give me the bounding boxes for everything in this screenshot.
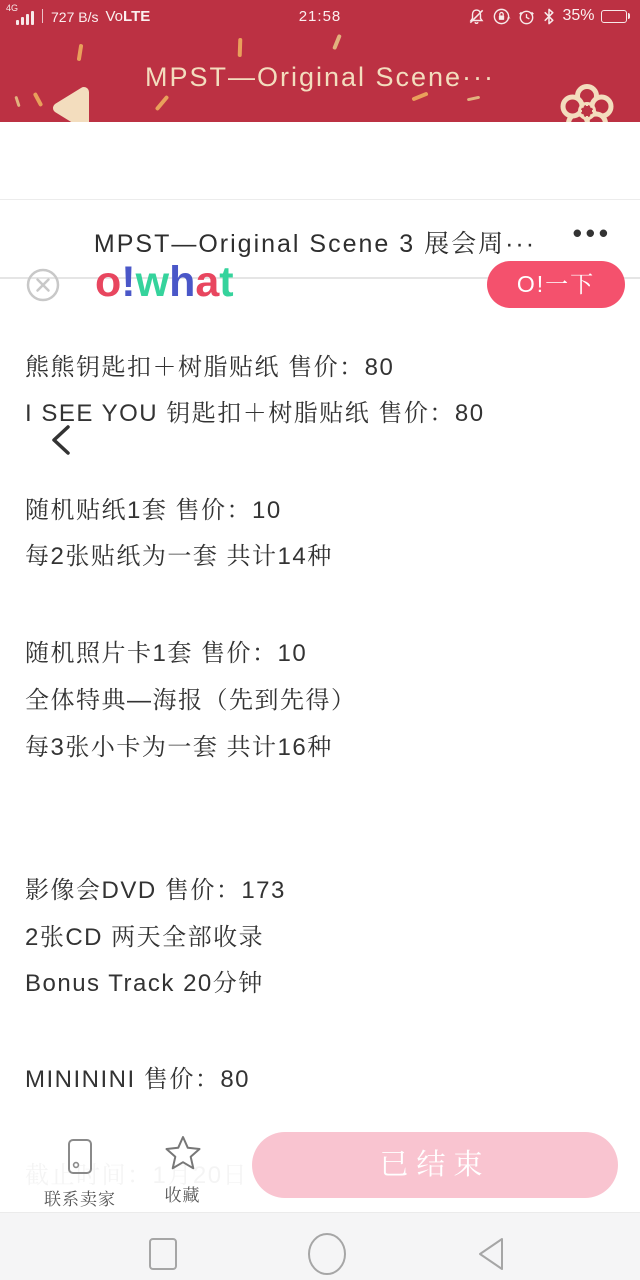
more-menu-icon[interactable]: •••	[573, 218, 612, 249]
ended-status-button[interactable]: 已结束	[252, 1132, 618, 1198]
product-info-line: 熊熊钥匙扣＋树脂贴纸 售价：80	[25, 347, 394, 382]
flower-icon[interactable]	[556, 80, 618, 122]
android-nav-bar	[0, 1212, 640, 1280]
product-info-line: 随机贴纸1套 售价：10	[25, 490, 282, 525]
bluetooth-icon	[542, 7, 556, 26]
back-chevron-icon[interactable]	[46, 422, 76, 458]
confetti-speck	[238, 38, 243, 57]
app-header: MPST—Original Scene···	[0, 32, 640, 122]
owhat-banner: o!what O!一下	[0, 122, 640, 200]
phone-screen: 4G 727 B/s VoLTE 21:58	[0, 0, 640, 1280]
logo-letter: w	[136, 258, 169, 307]
confetti-speck	[14, 96, 20, 107]
contact-seller-label: 联系卖家	[30, 1185, 130, 1210]
product-info-line: 随机照片卡1套 售价：10	[25, 633, 307, 668]
bottom-action-bar: 联系卖家 收藏 已结束	[0, 1130, 640, 1212]
owhat-logo: o!what	[95, 258, 234, 307]
home-button[interactable]	[305, 1231, 349, 1277]
product-info-line: MINININI 售价：80	[25, 1059, 250, 1094]
confetti-speck	[77, 44, 84, 61]
product-info-line: Bonus Track 20分钟	[25, 963, 264, 998]
rotation-lock-icon	[492, 7, 511, 26]
product-info-line: 影像会DVD 售价：173	[25, 870, 286, 905]
recents-button[interactable]	[148, 1237, 178, 1271]
product-info-line: 2张CD 两天全部收录	[25, 917, 264, 952]
contact-seller-button[interactable]: 联系卖家	[30, 1138, 130, 1210]
android-back-button[interactable]	[474, 1235, 508, 1273]
product-info-line: 全体特典—海报（先到先得）	[25, 680, 357, 715]
logo-letter: !	[121, 258, 135, 307]
page-title: MPST—Original Scene 3 展会周···	[90, 224, 540, 260]
battery-icon	[601, 10, 631, 23]
favorite-label: 收藏	[145, 1181, 220, 1206]
status-right: 35%	[467, 7, 630, 26]
confetti-speck	[467, 96, 480, 102]
alarm-clock-icon	[517, 7, 536, 26]
product-info-line: I SEE YOU 钥匙扣＋树脂贴纸 售价：80	[25, 393, 485, 428]
close-icon[interactable]	[26, 268, 60, 302]
header-title: MPST—Original Scene···	[0, 62, 640, 93]
star-icon	[162, 1134, 204, 1174]
confetti-speck	[155, 95, 170, 111]
confetti-speck	[33, 92, 44, 107]
product-info-line: 每3张小卡为一套 共计16种	[25, 727, 333, 762]
favorite-button[interactable]: 收藏	[145, 1134, 220, 1206]
status-bar: 4G 727 B/s VoLTE 21:58	[0, 0, 640, 32]
phone-icon	[65, 1138, 95, 1178]
mute-bell-icon	[467, 7, 486, 26]
owhat-action-button[interactable]: O!一下	[487, 261, 625, 308]
product-info-line: 每2张贴纸为一套 共计14种	[25, 536, 333, 571]
logo-letter: t	[219, 258, 233, 307]
logo-letter: a	[195, 258, 219, 307]
battery-percent-label: 35%	[562, 7, 594, 25]
logo-letter: o	[95, 258, 121, 307]
logo-letter: h	[169, 258, 195, 307]
confetti-speck	[332, 34, 342, 50]
